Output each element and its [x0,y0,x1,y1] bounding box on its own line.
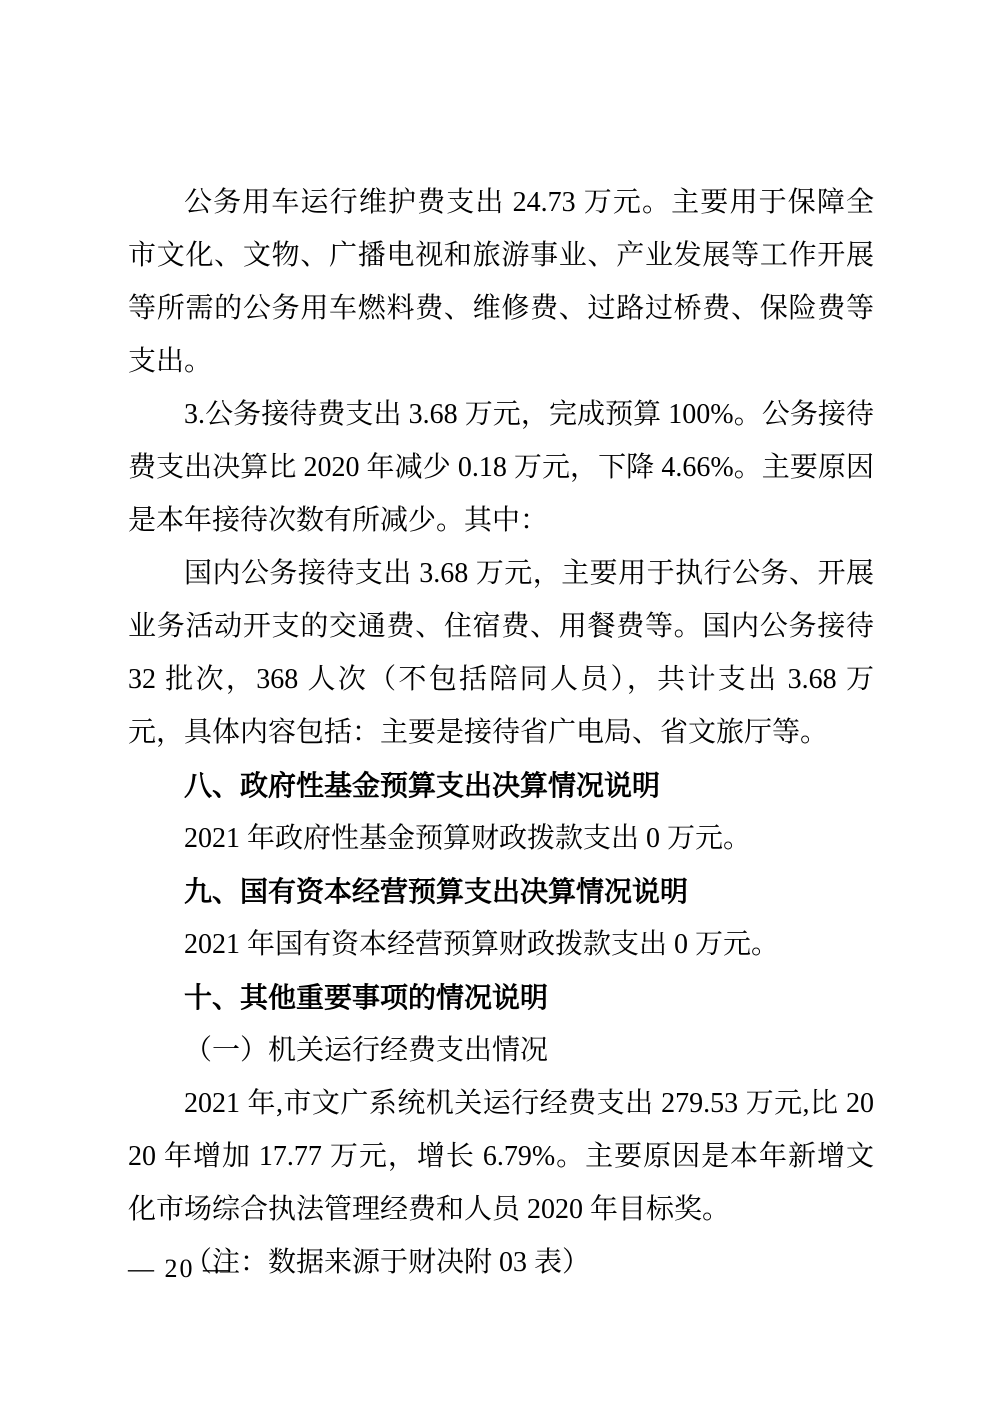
paragraph: 2021 年,市文广系统机关运行经费支出 279.53 万元,比 2020 年增… [128,1077,874,1236]
note-line: （注：数据来源于财决附 03 表） [128,1236,874,1289]
section-heading: 八、政府性基金预算支出决算情况说明 [128,759,874,812]
paragraph: 3.公务接待费支出 3.68 万元，完成预算 100%。公务接待费支出决算比 2… [128,388,874,547]
page-number: — 20 — [128,1252,231,1286]
paragraph: 国内公务接待支出 3.68 万元，主要用于执行公务、开展业务活动开支的交通费、住… [128,547,874,759]
paragraph: 2021 年国有资本经营预算财政拨款支出 0 万元。 [128,918,874,971]
paragraph: 2021 年政府性基金预算财政拨款支出 0 万元。 [128,812,874,865]
sub-section-heading: （一）机关运行经费支出情况 [128,1024,874,1077]
document-page: 公务用车运行维护费支出 24.73 万元。主要用于保障全市文化、文物、广播电视和… [0,0,992,1403]
section-heading: 九、国有资本经营预算支出决算情况说明 [128,865,874,918]
paragraph: 公务用车运行维护费支出 24.73 万元。主要用于保障全市文化、文物、广播电视和… [128,176,874,388]
section-heading: 十、其他重要事项的情况说明 [128,971,874,1024]
document-content: 公务用车运行维护费支出 24.73 万元。主要用于保障全市文化、文物、广播电视和… [128,176,874,1289]
